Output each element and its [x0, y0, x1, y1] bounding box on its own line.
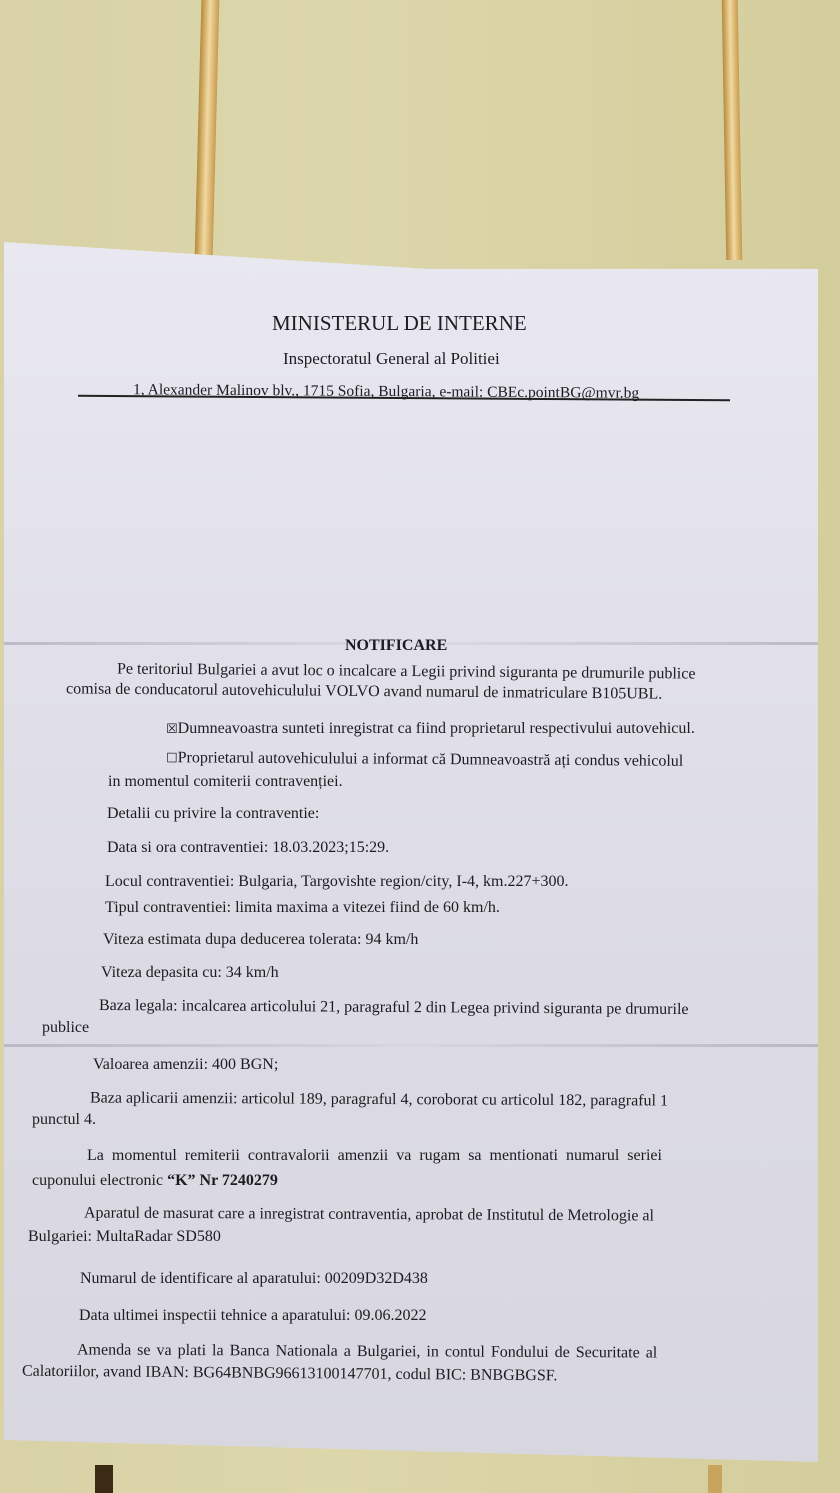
last-inspection: Data ultimei inspectii tehnice a aparatu… [79, 1307, 426, 1325]
legal-basis-line-2: publice [42, 1019, 89, 1037]
violation-type: Tipul contraventiei: limita maxima a vit… [105, 899, 500, 917]
notice-document: MINISTERUL DE INTERNE Inspectoratul Gene… [0, 0, 840, 1493]
option-driver: ☐Proprietarul autovehiculului a informat… [166, 749, 683, 772]
notice-heading: NOTIFICARE [345, 637, 447, 655]
device-line-1: Aparatul de masurat care a inregistrat c… [84, 1205, 654, 1226]
checkbox-checked-icon: ☒ [166, 721, 178, 739]
legal-basis-line-1: Baza legala: incalcarea articolului 21, … [99, 997, 689, 1019]
device-line-2: Bulgariei: MultaRadar SD580 [28, 1228, 221, 1246]
estimated-speed: Viteza estimata dupa deducerea tolerata:… [103, 931, 418, 949]
department-name: Inspectoratul General al Politiei [283, 350, 500, 368]
intro-line-1: Pe teritoriul Bulgariei a avut loc o inc… [117, 660, 696, 683]
option-driver-line-2: in momentul comiterii contravenției. [108, 773, 343, 791]
location: Locul contraventiei: Bulgaria, Targovish… [105, 873, 569, 891]
option-driver-label: Proprietarul autovehiculului a informat … [178, 749, 684, 770]
remit-line-2-prefix: cuponului electronic [32, 1172, 167, 1189]
device-id: Numarul de identificare al aparatului: 0… [80, 1270, 428, 1288]
date-time: Data si ora contraventiei: 18.03.2023;15… [107, 839, 389, 857]
fine-basis-line-2: punctul 4. [32, 1111, 96, 1129]
option-owner-label: Dumneavoastra sunteti inregistrat ca fii… [178, 720, 695, 737]
remit-line-2: cuponului electronic “K” Nr 7240279 [32, 1172, 278, 1190]
checkbox-unchecked-icon: ☐ [166, 750, 178, 768]
option-owner: ☒Dumneavoastra sunteti inregistrat ca fi… [166, 720, 695, 739]
coupon-series: “K” Nr 7240279 [167, 1172, 278, 1189]
remit-line-1: La momentul remiterii contravalorii amen… [87, 1147, 662, 1165]
payment-line-1: Amenda se va plati la Banca Nationala a … [77, 1341, 657, 1362]
details-title: Detalii cu privire la contraventie: [107, 805, 319, 823]
fine-basis-line-1: Baza aplicarii amenzii: articolul 189, p… [90, 1089, 668, 1110]
ministry-title: MINISTERUL DE INTERNE [272, 314, 527, 332]
fine-amount: Valoarea amenzii: 400 BGN; [93, 1056, 278, 1074]
exceeded-by: Viteza depasita cu: 34 km/h [101, 964, 279, 982]
payment-line-2: Calatoriilor, avand IBAN: BG64BNBG966131… [22, 1363, 558, 1386]
intro-line-2: comisa de conducatorul autovehiculului V… [66, 680, 662, 703]
